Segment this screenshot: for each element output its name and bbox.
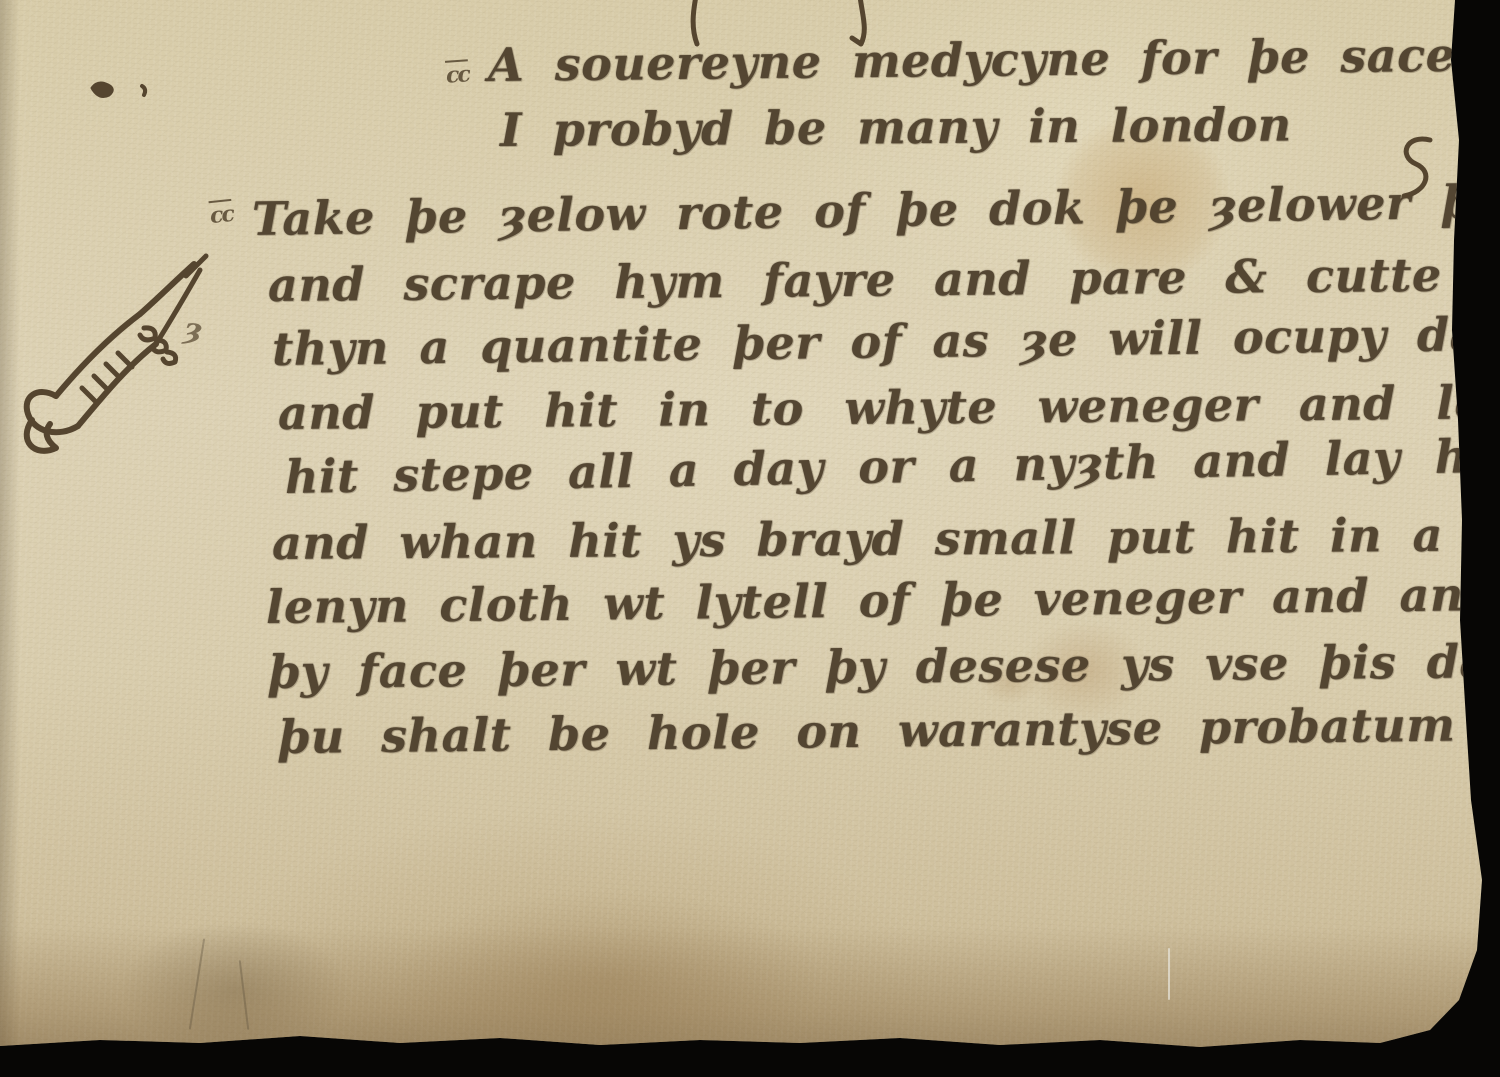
body-line: and scrape hym fayre and pare & cutte hy… xyxy=(268,246,1500,312)
body-line: and whan hit ys brayd small put hit in a… xyxy=(272,507,1500,570)
ink-blot-cluster xyxy=(84,72,164,106)
manicule-icon xyxy=(16,224,226,454)
paraph-mark: cc xyxy=(445,61,470,89)
body-line: þy face þer wt þer þy desese ys vse þis … xyxy=(268,633,1500,699)
bottom-edge-staining xyxy=(0,927,1500,1077)
margin-squiggle xyxy=(1388,132,1448,212)
manuscript-photo: cc A souereyne medycyne for þe sacefflew… xyxy=(0,0,1500,1077)
body-line: and put hit in to whyte weneger and let xyxy=(278,375,1500,440)
paper-sheet: cc A souereyne medycyne for þe sacefflew… xyxy=(0,0,1500,1077)
heading-line-1: A souereyne medycyne for þe sacefflewme xyxy=(488,26,1500,92)
heading-line-2: I probyd be many in london xyxy=(500,97,1292,157)
binding-gutter-shadow xyxy=(0,0,20,1077)
paper-fiber xyxy=(1168,948,1170,1000)
